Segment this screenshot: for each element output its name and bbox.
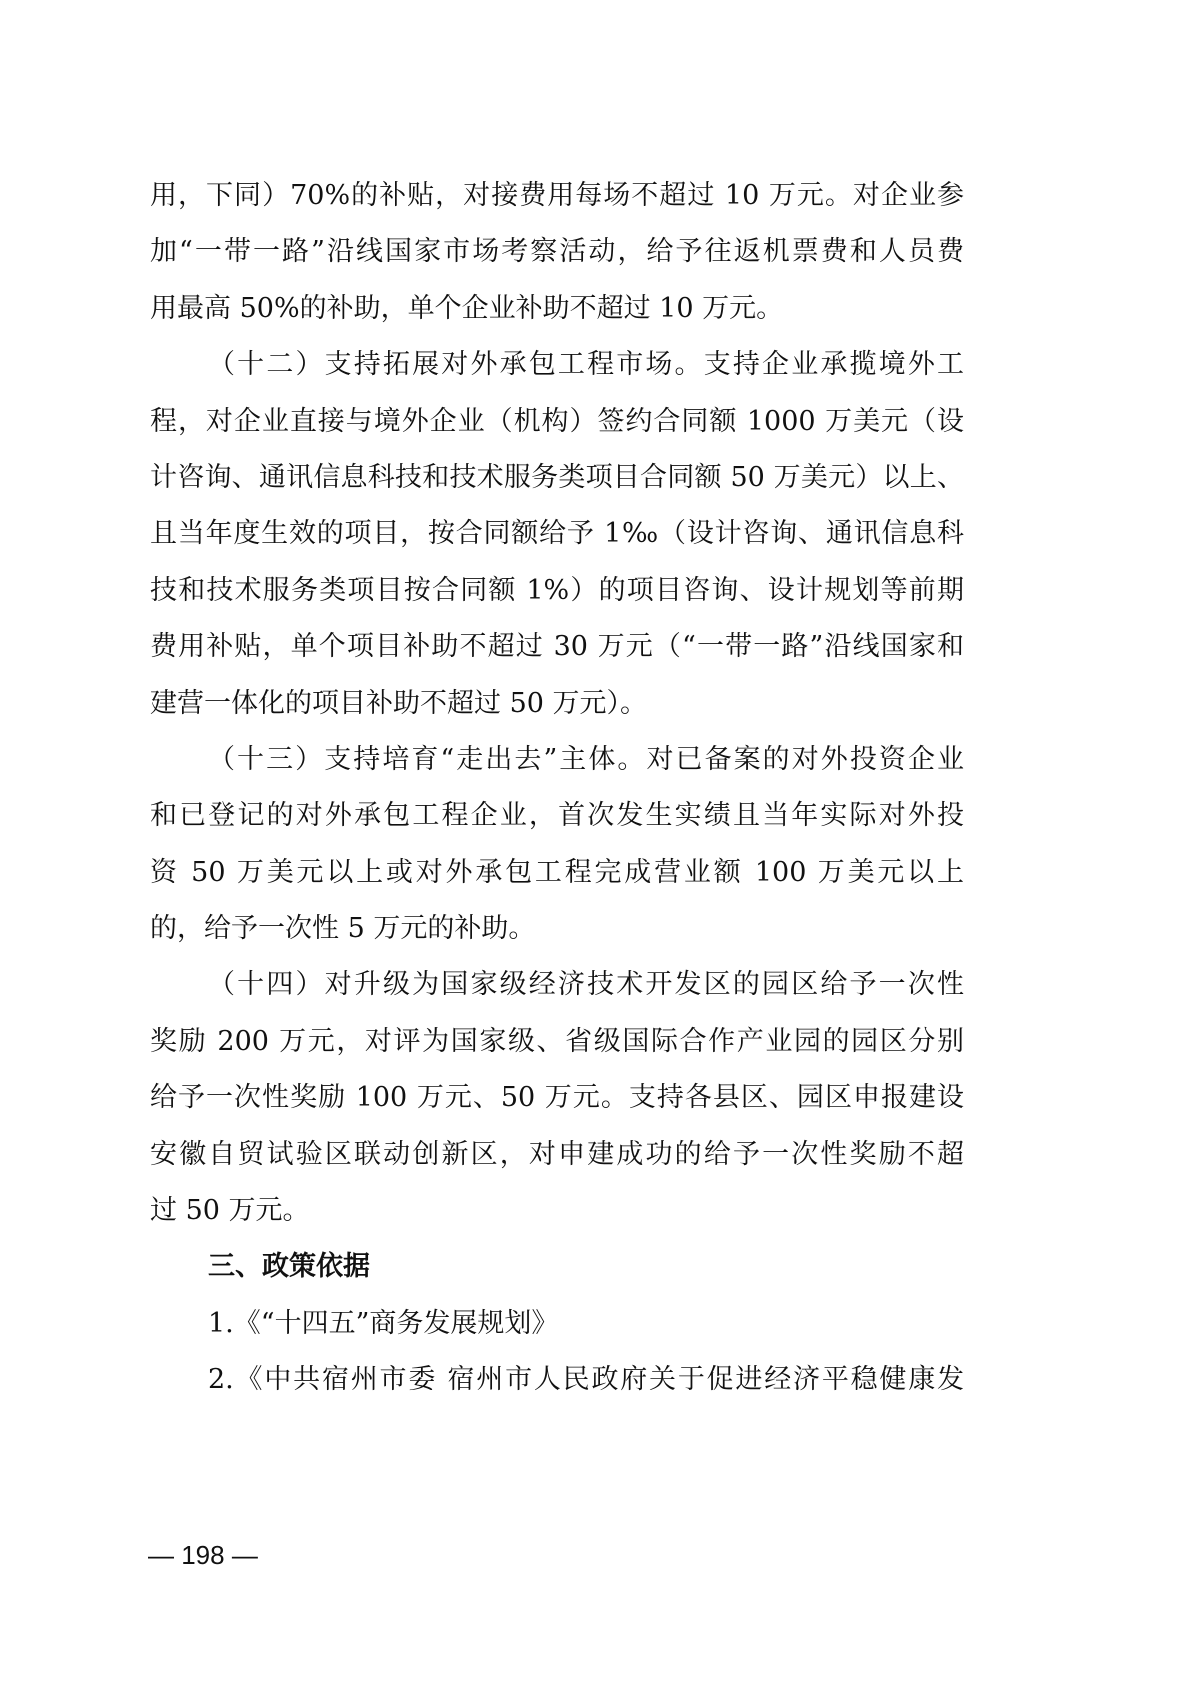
document-page: 用，下同）70%的补贴，对接费用每场不超过 10 万元。对企业参 加“一带一路”… bbox=[150, 168, 964, 1409]
section-heading: 三、政策依据 bbox=[150, 1239, 964, 1295]
paragraph-line: 建营一体化的项目补助不超过 50 万元）。 bbox=[150, 676, 964, 732]
paragraph-line: 费用补贴，单个项目补助不超过 30 万元（“一带一路”沿线国家和 bbox=[150, 619, 964, 675]
paragraph-line: 加“一带一路”沿线国家市场考察活动，给予往返机票费和人员费 bbox=[150, 224, 964, 280]
paragraph-line: （十四）对升级为国家级经济技术开发区的园区给予一次性 bbox=[150, 957, 964, 1013]
paragraph-line: 过 50 万元。 bbox=[150, 1183, 964, 1239]
paragraph-line: 程，对企业直接与境外企业（机构）签约合同额 1000 万美元（设 bbox=[150, 394, 964, 450]
reference-item: 2.《中共宿州市委 宿州市人民政府关于促进经济平稳健康发 bbox=[150, 1352, 964, 1408]
paragraph-line: 奖励 200 万元，对评为国家级、省级国际合作产业园的园区分别 bbox=[150, 1014, 964, 1070]
reference-item: 1.《“十四五”商务发展规划》 bbox=[150, 1296, 964, 1352]
paragraph-line: 且当年度生效的项目，按合同额给予 1‰（设计咨询、通讯信息科 bbox=[150, 506, 964, 562]
paragraph-line: 用最高 50%的补助，单个企业补助不超过 10 万元。 bbox=[150, 281, 964, 337]
paragraph-line: （十三）支持培育“走出去”主体。对已备案的对外投资企业 bbox=[150, 732, 964, 788]
paragraph-line: 用，下同）70%的补贴，对接费用每场不超过 10 万元。对企业参 bbox=[150, 168, 964, 224]
paragraph-line: 和已登记的对外承包工程企业，首次发生实绩且当年实际对外投 bbox=[150, 788, 964, 844]
paragraph-line: 安徽自贸试验区联动创新区，对申建成功的给予一次性奖励不超 bbox=[150, 1127, 964, 1183]
paragraph-line: 给予一次性奖励 100 万元、50 万元。支持各县区、园区申报建设 bbox=[150, 1070, 964, 1126]
paragraph-line: 的，给予一次性 5 万元的补助。 bbox=[150, 901, 964, 957]
paragraph-line: 计咨询、通讯信息科技和技术服务类项目合同额 50 万美元）以上、 bbox=[150, 450, 964, 506]
paragraph-line: 技和技术服务类项目按合同额 1%）的项目咨询、设计规划等前期 bbox=[150, 563, 964, 619]
paragraph-line: 资 50 万美元以上或对外承包工程完成营业额 100 万美元以上 bbox=[150, 845, 964, 901]
page-number: — 198 — bbox=[148, 1540, 258, 1571]
paragraph-line: （十二）支持拓展对外承包工程市场。支持企业承揽境外工 bbox=[150, 337, 964, 393]
